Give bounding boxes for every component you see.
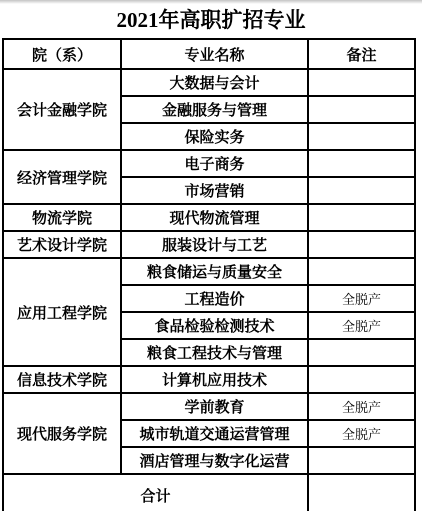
note-cell: [308, 150, 415, 177]
page-title: 2021年高职扩招专业: [0, 7, 422, 33]
major-cell: 粮食储运与质量安全: [121, 258, 308, 285]
college-cell: 信息技术学院: [3, 366, 121, 393]
major-cell: 学前教育: [121, 393, 308, 420]
college-cell: 会计金融学院: [3, 69, 121, 150]
major-cell: 食品检验检测技术: [121, 312, 308, 339]
note-cell: [308, 96, 415, 123]
total-row: 合计: [3, 474, 415, 511]
college-cell: 现代服务学院: [3, 393, 121, 474]
note-cell: [308, 447, 415, 474]
note-cell: [308, 177, 415, 204]
column-header-0: 院（系）: [3, 39, 121, 69]
major-cell: 工程造价: [121, 285, 308, 312]
window-top-edge: [0, 0, 422, 4]
major-cell: 计算机应用技术: [121, 366, 308, 393]
major-cell: 金融服务与管理: [121, 96, 308, 123]
note-cell: [308, 123, 415, 150]
table-row: 应用工程学院粮食储运与质量安全: [3, 258, 415, 285]
note-cell: [308, 258, 415, 285]
table-row: 现代服务学院学前教育全脱产: [3, 393, 415, 420]
college-cell: 经济管理学院: [3, 150, 121, 204]
note-cell: [308, 366, 415, 393]
college-cell: 艺术设计学院: [3, 231, 121, 258]
major-cell: 城市轨道交通运营管理: [121, 420, 308, 447]
table-row: 会计金融学院大数据与会计: [3, 69, 415, 96]
majors-table: 院（系）专业名称备注 会计金融学院大数据与会计金融服务与管理保险实务经济管理学院…: [2, 38, 416, 511]
table-row: 经济管理学院电子商务: [3, 150, 415, 177]
table-body: 会计金融学院大数据与会计金融服务与管理保险实务经济管理学院电子商务市场营销物流学…: [3, 69, 415, 511]
table-row: 物流学院现代物流管理: [3, 204, 415, 231]
major-cell: 现代物流管理: [121, 204, 308, 231]
table-header: 院（系）专业名称备注: [3, 39, 415, 69]
column-header-2: 备注: [308, 39, 415, 69]
college-cell: 应用工程学院: [3, 258, 121, 366]
note-cell: [308, 231, 415, 258]
note-cell: 全脱产: [308, 420, 415, 447]
note-cell: 全脱产: [308, 285, 415, 312]
header-row: 院（系）专业名称备注: [3, 39, 415, 69]
major-cell: 市场营销: [121, 177, 308, 204]
major-cell: 服装设计与工艺: [121, 231, 308, 258]
column-header-1: 专业名称: [121, 39, 308, 69]
major-cell: 电子商务: [121, 150, 308, 177]
note-cell: [308, 69, 415, 96]
major-cell: 保险实务: [121, 123, 308, 150]
college-cell: 物流学院: [3, 204, 121, 231]
table-row: 信息技术学院计算机应用技术: [3, 366, 415, 393]
note-cell: 全脱产: [308, 393, 415, 420]
major-cell: 粮食工程技术与管理: [121, 339, 308, 366]
total-label-cell: 合计: [3, 474, 308, 511]
note-cell: [308, 204, 415, 231]
note-cell: 全脱产: [308, 312, 415, 339]
note-cell: [308, 339, 415, 366]
major-cell: 酒店管理与数字化运营: [121, 447, 308, 474]
total-note-cell: [308, 474, 415, 511]
major-cell: 大数据与会计: [121, 69, 308, 96]
table-row: 艺术设计学院服装设计与工艺: [3, 231, 415, 258]
